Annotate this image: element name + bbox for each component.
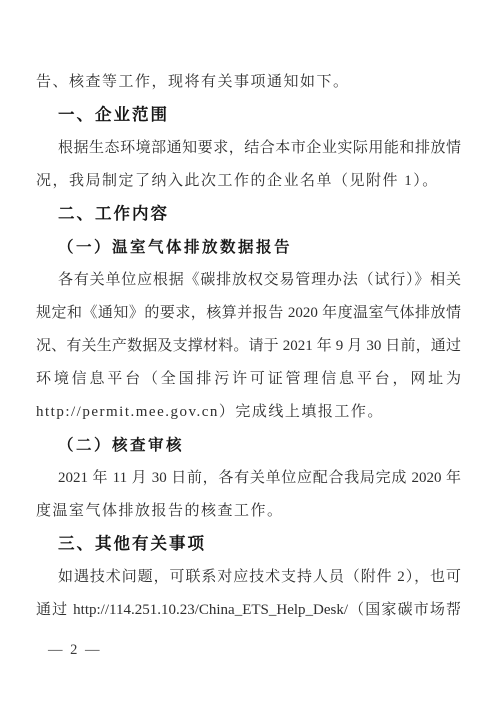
- section-heading: 三、其他有关事项: [36, 528, 461, 561]
- paragraph-line: 度温室气体排放报告的核查工作。: [36, 495, 461, 528]
- paragraph-line: 规定和《通知》的要求，核算并报告 2020 年度温室气体排放情: [36, 297, 461, 330]
- paragraph-line: 环境信息平台（全国排污许可证管理信息平台，网址为: [36, 363, 461, 396]
- document-page: 告、核查等工作，现将有关事项通知如下。一、企业范围根据生态环境部通知要求，结合本…: [0, 0, 501, 705]
- page-number: — 2 —: [48, 642, 102, 659]
- paragraph-line: 况、有关生产数据及支撑材料。请于 2021 年 9 月 30 日前，通过: [36, 330, 461, 363]
- paragraph-line: 如遇技术问题，可联系对应技术支持人员（附件 2），也可: [36, 561, 461, 594]
- paragraph-line: 通过 http://114.251.10.23/China_ETS_Help_D…: [36, 594, 461, 627]
- paragraph-line: 2021 年 11 月 30 日前，各有关单位应配合我局完成 2020 年: [36, 462, 461, 495]
- paragraph-line: 告、核查等工作，现将有关事项通知如下。: [36, 66, 461, 99]
- paragraph-line: 根据生态环境部通知要求，结合本市企业实际用能和排放情: [36, 132, 461, 165]
- paragraph-line: 各有关单位应根据《碳排放权交易管理办法（试行）》相关: [36, 264, 461, 297]
- section-heading: 一、企业范围: [36, 99, 461, 132]
- sub-heading: （一）温室气体排放数据报告: [36, 231, 461, 264]
- document-lines: 告、核查等工作，现将有关事项通知如下。一、企业范围根据生态环境部通知要求，结合本…: [36, 66, 461, 627]
- section-heading: 二、工作内容: [36, 198, 461, 231]
- paragraph-line: 况，我局制定了纳入此次工作的企业名单（见附件 1）。: [36, 165, 461, 198]
- paragraph-line: http://permit.mee.gov.cn）完成线上填报工作。: [36, 396, 461, 429]
- sub-heading: （二）核查审核: [36, 429, 461, 462]
